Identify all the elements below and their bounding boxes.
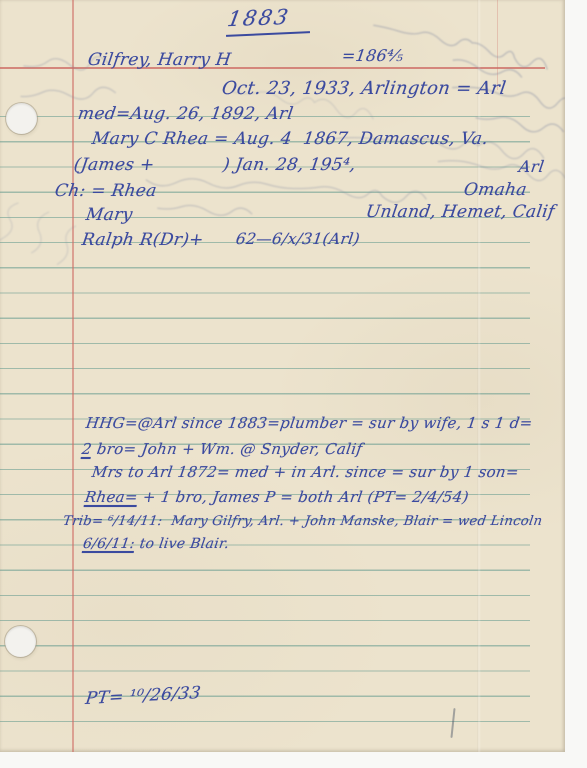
note-brothers: 2 bro= John + Wm. @ Snyder, Calif bbox=[81, 440, 364, 458]
note-tribune-wedding: Trib= ⁶/14/11: Mary Gilfry, Arl. + John … bbox=[62, 514, 543, 529]
title-underline bbox=[226, 31, 310, 36]
record-mary-place: Unland, Hemet, Calif bbox=[365, 202, 556, 222]
page-title: 1883 bbox=[226, 5, 292, 31]
record-rhea-place: Omaha bbox=[463, 180, 529, 200]
record-child-mary: Mary bbox=[85, 205, 134, 225]
record-spouse-death: (James + ) Jan. 28, 195⁴, bbox=[73, 155, 357, 175]
punch-hole-top bbox=[6, 103, 37, 134]
note-wife: Mrs to Arl 1872= med + in Arl. since = s… bbox=[91, 463, 520, 481]
scanner-background-bottom bbox=[0, 752, 587, 768]
scanned-notebook-page: 1883 Gilfrey, Harry H =186⁴⁄₅ Oct. 23, 1… bbox=[0, 0, 587, 768]
punch-hole-bottom bbox=[5, 626, 36, 657]
record-line-name: Gilfrey, Harry H bbox=[87, 50, 233, 70]
record-spouse-death-place: Arl bbox=[518, 157, 546, 176]
note-residence-occupation: HHG=@Arl since 1883=plumber = sur by wif… bbox=[85, 414, 534, 432]
record-child-ralph: Ralph R(Dr)+ bbox=[81, 230, 205, 250]
record-birth-year: =186⁴⁄₅ bbox=[341, 46, 405, 65]
note-blair-residence: 6/6/11: to live Blair. bbox=[82, 536, 230, 552]
record-ralph-dates: 62—6/x/31(Arl) bbox=[235, 230, 361, 248]
record-children-rhea: Ch: = Rhea bbox=[54, 181, 158, 201]
record-spouse-line: Mary C Rhea = Aug. 4 1867, Damascus, Va. bbox=[91, 129, 490, 149]
paper-sheet: 1883 Gilfrey, Harry H =186⁴⁄₅ Oct. 23, 1… bbox=[0, 0, 565, 752]
note-wife-kin: Rhea= + 1 bro, James P = both Arl (PT= 2… bbox=[84, 488, 470, 506]
record-marriage-date: med=Aug. 26, 1892, Arl bbox=[77, 104, 295, 124]
scanner-background-right bbox=[565, 0, 587, 768]
record-death-date: Oct. 23, 1933, Arlington = Arl bbox=[221, 78, 508, 99]
